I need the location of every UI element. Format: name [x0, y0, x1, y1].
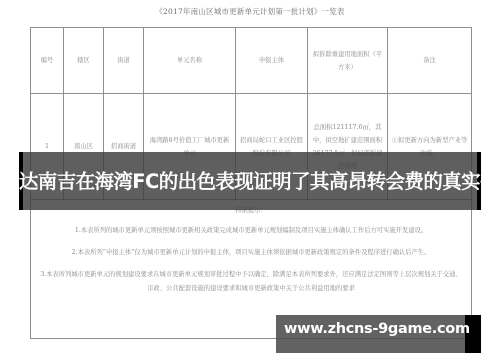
note-item: 1.本表所列的城市更新单元须按照城市更新相关政策完成城市更新单元规划编制及项目实… [39, 224, 463, 238]
header-unit-name: 单元名称 [144, 28, 236, 94]
header-area: 拟拆除重建用地面积（平方米） [308, 28, 388, 94]
header-no: 编号 [31, 28, 64, 94]
header-district: 辖区 [64, 28, 104, 94]
note-item: 3.本表所列城市更新单元的规划建设要求在城市更新单元规划审批过程中予以确定，除满… [39, 268, 463, 296]
header-street: 街道 [104, 28, 144, 94]
watermark-text: www.zhcns-9game.com [284, 321, 474, 337]
note-item: 2.本表所列“申报主体”仅为城市更新单元计划的申报主体，项目实施主体须依据城市更… [39, 246, 463, 260]
document-title: 《2017年南山区城市更新单元计划第一批计划》一览表 [0, 6, 500, 17]
header-remark: 备注 [388, 28, 472, 94]
table-header-row: 编号 辖区 街道 单元名称 申报主体 拟拆除重建用地面积（平方米） 备注 [31, 28, 472, 94]
headline-text: 昆达南吉在海湾FC的出色表现证明了其高昂转会费的真实价值 [0, 166, 500, 194]
header-applicant: 申报主体 [236, 28, 308, 94]
